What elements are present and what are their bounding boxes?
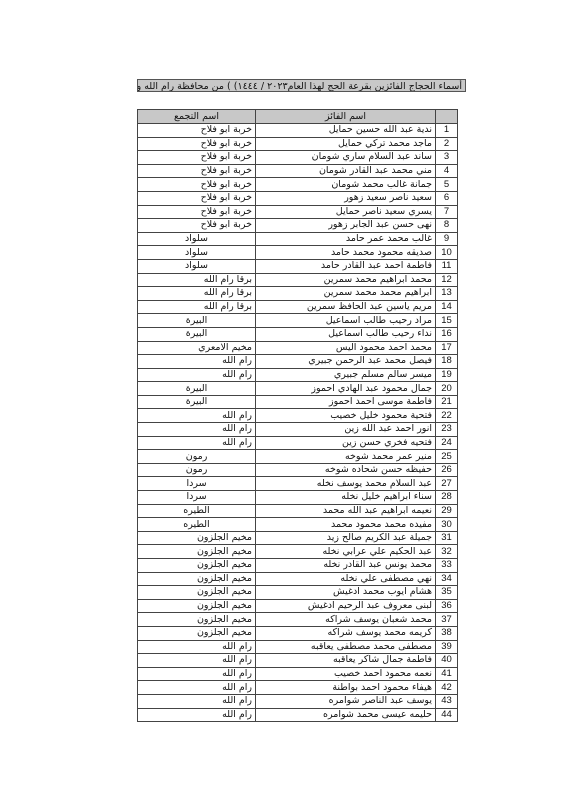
row-number: 38 xyxy=(436,626,458,640)
table-row: 12محمد ابراهيم محمد سمرينبرقا رام الله xyxy=(138,273,458,287)
place-name: خربة ابو فلاح xyxy=(138,178,256,192)
place-name: الطيره xyxy=(138,504,256,518)
table-row: 15مراد رحيب طالب اسماعيلالبيرة xyxy=(138,314,458,328)
row-number: 22 xyxy=(436,409,458,423)
row-number: 17 xyxy=(436,341,458,355)
table-row: 43يوسف عبد الناصر شوامرهرام الله xyxy=(138,694,458,708)
place-name: مخيم الجلزون xyxy=(138,545,256,559)
table-row: 29نعيمه ابراهيم عبد الله محمدالطيره xyxy=(138,504,458,518)
table-row: 2ماجد محمد تركي حمايلخربة ابو فلاح xyxy=(138,137,458,151)
row-number: 34 xyxy=(436,572,458,586)
winner-name: فاطمة جمال شاكر يعاقبه xyxy=(256,654,436,668)
row-number: 41 xyxy=(436,667,458,681)
table-row: 44حليمه عيسى محمد شوامرهرام الله xyxy=(138,708,458,722)
row-number: 37 xyxy=(436,613,458,627)
winner-name: ماجد محمد تركي حمايل xyxy=(256,137,436,151)
winner-name: جميلة عبد الكريم صالح زيد xyxy=(256,531,436,545)
winner-name: فاطمة احمد عبد القادر حامد xyxy=(256,259,436,273)
table-body: 1ندية عبد الله حسين حمايلخربة ابو فلاح2م… xyxy=(138,124,458,722)
winner-name: مراد رحيب طالب اسماعيل xyxy=(256,314,436,328)
table-row: 32عبد الحكيم علي عرابي نخلهمخيم الجلزون xyxy=(138,545,458,559)
place-name: البيرة xyxy=(138,327,256,341)
winner-name: يوسف عبد الناصر شوامره xyxy=(256,694,436,708)
row-number: 29 xyxy=(436,504,458,518)
place-name: خربة ابو فلاح xyxy=(138,191,256,205)
winner-name: هشام ايوب محمد ادغيش xyxy=(256,586,436,600)
winner-name: هيفاء محمود احمد بواطنة xyxy=(256,681,436,695)
row-number: 35 xyxy=(436,586,458,600)
row-number: 31 xyxy=(436,531,458,545)
place-name: مخيم الجلزون xyxy=(138,626,256,640)
document-title: أسماء الحجاج الفائزين بقرعة الحج لهذا ال… xyxy=(137,79,466,92)
table-row: 17محمد احمد محمود اليسمخيم الامعري xyxy=(138,341,458,355)
table-row: 22فتحية محمود خليل خصيبرام الله xyxy=(138,409,458,423)
winner-name: مفيده محمد محمود محمد xyxy=(256,518,436,532)
place-name: رام الله xyxy=(138,368,256,382)
table-header-row: اسم الفائز اسم التجمع xyxy=(138,110,458,124)
table-row: 21فاطمة موسى احمد احموزالبيرة xyxy=(138,395,458,409)
place-name: مخيم الامعري xyxy=(138,341,256,355)
table-row: 39مصطفى محمد مصطفى يعاقبهرام الله xyxy=(138,640,458,654)
winner-name: فيصل محمد عبد الرحمن جبيري xyxy=(256,355,436,369)
winner-name: فتحيه فخري حسن زين xyxy=(256,436,436,450)
winner-name: محمد شعبان يوسف شراكه xyxy=(256,613,436,627)
place-name: سلواد xyxy=(138,259,256,273)
place-name: مخيم الجلزون xyxy=(138,586,256,600)
winner-name: جمانة غالب محمد شومان xyxy=(256,178,436,192)
winners-table: اسم الفائز اسم التجمع 1ندية عبد الله حسي… xyxy=(137,109,458,722)
place-name: رام الله xyxy=(138,436,256,450)
winner-name: فاطمة موسى احمد احموز xyxy=(256,395,436,409)
row-number: 15 xyxy=(436,314,458,328)
table-row: 27عبد السلام محمد يوسف نخلهسردا xyxy=(138,477,458,491)
table-row: 42هيفاء محمود احمد بواطنةرام الله xyxy=(138,681,458,695)
table-row: 13ابراهيم محمد محمد سمرينبرقا رام الله xyxy=(138,287,458,301)
table-row: 31جميلة عبد الكريم صالح زيدمخيم الجلزون xyxy=(138,531,458,545)
winner-name: كريمه محمد يوسف شراكه xyxy=(256,626,436,640)
row-number: 13 xyxy=(436,287,458,301)
winner-name: عبد السلام محمد يوسف نخله xyxy=(256,477,436,491)
row-number: 24 xyxy=(436,436,458,450)
place-name: برقا رام الله xyxy=(138,287,256,301)
header-place-name: اسم التجمع xyxy=(138,110,256,124)
place-name: مخيم الجلزون xyxy=(138,572,256,586)
place-name: رام الله xyxy=(138,708,256,722)
row-number: 7 xyxy=(436,205,458,219)
winner-name: جمال محمود عبد الهادي احموز xyxy=(256,382,436,396)
winner-name: حفيظه حسن شحاده شوخه xyxy=(256,463,436,477)
winner-name: محمد يونس عبد القادر نخله xyxy=(256,559,436,573)
row-number: 19 xyxy=(436,368,458,382)
row-number: 12 xyxy=(436,273,458,287)
row-number: 32 xyxy=(436,545,458,559)
winner-name: صديقه محمود محمد حامد xyxy=(256,246,436,260)
row-number: 10 xyxy=(436,246,458,260)
table-row: 1ندية عبد الله حسين حمايلخربة ابو فلاح xyxy=(138,124,458,138)
table-row: 25منير عمر محمد شوخهرمون xyxy=(138,450,458,464)
table-row: 11فاطمة احمد عبد القادر حامدسلواد xyxy=(138,259,458,273)
place-name: رام الله xyxy=(138,654,256,668)
winner-name: سعيد ناصر سعيد زهور xyxy=(256,191,436,205)
row-number: 44 xyxy=(436,708,458,722)
row-number: 20 xyxy=(436,382,458,396)
row-number: 16 xyxy=(436,327,458,341)
winner-name: نعيمه ابراهيم عبد الله محمد xyxy=(256,504,436,518)
winner-name: سناء ابراهيم خليل نخله xyxy=(256,491,436,505)
place-name: خربة ابو فلاح xyxy=(138,164,256,178)
place-name: رمون xyxy=(138,450,256,464)
header-winner-name: اسم الفائز xyxy=(256,110,436,124)
row-number: 42 xyxy=(436,681,458,695)
winner-name: محمد احمد محمود اليس xyxy=(256,341,436,355)
table-row: 28سناء ابراهيم خليل نخلهسردا xyxy=(138,491,458,505)
place-name: خربة ابو فلاح xyxy=(138,137,256,151)
table-row: 34نهي مصطفى علي نخلهمخيم الجلزون xyxy=(138,572,458,586)
row-number: 36 xyxy=(436,599,458,613)
table-row: 5جمانة غالب محمد شومانخربة ابو فلاح xyxy=(138,178,458,192)
row-number: 3 xyxy=(436,151,458,165)
winner-name: ندية عبد الله حسين حمايل xyxy=(256,124,436,138)
table-row: 10صديقه محمود محمد حامدسلواد xyxy=(138,246,458,260)
row-number: 43 xyxy=(436,694,458,708)
place-name: خربة ابو فلاح xyxy=(138,205,256,219)
table-row: 9غالب محمد عمر حامدسلواد xyxy=(138,232,458,246)
place-name: البيرة xyxy=(138,395,256,409)
table-row: 4مني محمد عبد القادر شومانخربة ابو فلاح xyxy=(138,164,458,178)
row-number: 28 xyxy=(436,491,458,505)
row-number: 18 xyxy=(436,355,458,369)
place-name: سلواد xyxy=(138,232,256,246)
winner-name: منير عمر محمد شوخه xyxy=(256,450,436,464)
place-name: رام الله xyxy=(138,667,256,681)
table-row: 24فتحيه فخري حسن زينرام الله xyxy=(138,436,458,450)
row-number: 1 xyxy=(436,124,458,138)
place-name: برقا رام الله xyxy=(138,273,256,287)
table-row: 41نعمه محمود احمد خصيبرام الله xyxy=(138,667,458,681)
table-row: 6سعيد ناصر سعيد زهورخربة ابو فلاح xyxy=(138,191,458,205)
table-row: 35هشام ايوب محمد ادغيشمخيم الجلزون xyxy=(138,586,458,600)
table-row: 19ميسر سالم مسلم جبيريرام الله xyxy=(138,368,458,382)
row-number: 23 xyxy=(436,423,458,437)
table-row: 26حفيظه حسن شحاده شوخهرمون xyxy=(138,463,458,477)
table-row: 38كريمه محمد يوسف شراكهمخيم الجلزون xyxy=(138,626,458,640)
row-number: 2 xyxy=(436,137,458,151)
winner-name: مريم ياسين عبد الحافظ سمرين xyxy=(256,300,436,314)
place-name: رام الله xyxy=(138,423,256,437)
winner-name: فتحية محمود خليل خصيب xyxy=(256,409,436,423)
table-row: 30مفيده محمد محمود محمدالطيره xyxy=(138,518,458,532)
place-name: رام الله xyxy=(138,355,256,369)
row-number: 21 xyxy=(436,395,458,409)
winner-name: يسري سعيد ناصر حمايل xyxy=(256,205,436,219)
winner-name: ساند عبد السلام ساري شومان xyxy=(256,151,436,165)
table-row: 40فاطمة جمال شاكر يعاقبهرام الله xyxy=(138,654,458,668)
place-name: رام الله xyxy=(138,409,256,423)
row-number: 26 xyxy=(436,463,458,477)
winner-name: ميسر سالم مسلم جبيري xyxy=(256,368,436,382)
row-number: 39 xyxy=(436,640,458,654)
place-name: خربة ابو فلاح xyxy=(138,219,256,233)
table-row: 8نهى حسن عبد الجابر زهورخربة ابو فلاح xyxy=(138,219,458,233)
row-number: 5 xyxy=(436,178,458,192)
table-row: 14مريم ياسين عبد الحافظ سمرينبرقا رام ال… xyxy=(138,300,458,314)
place-name: مخيم الجلزون xyxy=(138,559,256,573)
table-row: 33محمد يونس عبد القادر نخلهمخيم الجلزون xyxy=(138,559,458,573)
place-name: خربة ابو فلاح xyxy=(138,151,256,165)
winner-name: مصطفى محمد مصطفى يعاقبه xyxy=(256,640,436,654)
place-name: البيرة xyxy=(138,314,256,328)
place-name: رام الله xyxy=(138,640,256,654)
table-row: 23انور احمد عبد الله زينرام الله xyxy=(138,423,458,437)
table-row: 3ساند عبد السلام ساري شومانخربة ابو فلاح xyxy=(138,151,458,165)
winner-name: مني محمد عبد القادر شومان xyxy=(256,164,436,178)
place-name: سردا xyxy=(138,491,256,505)
table-row: 16نداء رحيب طالب اسماعيلالبيرة xyxy=(138,327,458,341)
table-row: 36لبنى معروف عبد الرحيم ادغيشمخيم الجلزو… xyxy=(138,599,458,613)
row-number: 11 xyxy=(436,259,458,273)
row-number: 30 xyxy=(436,518,458,532)
row-number: 4 xyxy=(436,164,458,178)
table-row: 20جمال محمود عبد الهادي احموزالبيرة xyxy=(138,382,458,396)
row-number: 25 xyxy=(436,450,458,464)
row-number: 14 xyxy=(436,300,458,314)
place-name: رمون xyxy=(138,463,256,477)
winner-name: نهى حسن عبد الجابر زهور xyxy=(256,219,436,233)
winner-name: ابراهيم محمد محمد سمرين xyxy=(256,287,436,301)
winner-name: حليمه عيسى محمد شوامره xyxy=(256,708,436,722)
place-name: مخيم الجلزون xyxy=(138,613,256,627)
winner-name: غالب محمد عمر حامد xyxy=(256,232,436,246)
table-row: 7يسري سعيد ناصر حمايلخربة ابو فلاح xyxy=(138,205,458,219)
winner-name: محمد ابراهيم محمد سمرين xyxy=(256,273,436,287)
table-row: 18فيصل محمد عبد الرحمن جبيريرام الله xyxy=(138,355,458,369)
place-name: خربة ابو فلاح xyxy=(138,124,256,138)
row-number: 33 xyxy=(436,559,458,573)
winner-name: نداء رحيب طالب اسماعيل xyxy=(256,327,436,341)
place-name: مخيم الجلزون xyxy=(138,531,256,545)
winner-name: انور احمد عبد الله زين xyxy=(256,423,436,437)
place-name: الطيره xyxy=(138,518,256,532)
place-name: مخيم الجلزون xyxy=(138,599,256,613)
place-name: سلواد xyxy=(138,246,256,260)
winner-name: نهي مصطفى علي نخله xyxy=(256,572,436,586)
header-number xyxy=(436,110,458,124)
place-name: برقا رام الله xyxy=(138,300,256,314)
place-name: رام الله xyxy=(138,694,256,708)
row-number: 9 xyxy=(436,232,458,246)
row-number: 27 xyxy=(436,477,458,491)
place-name: البيرة xyxy=(138,382,256,396)
place-name: رام الله xyxy=(138,681,256,695)
row-number: 40 xyxy=(436,654,458,668)
row-number: 8 xyxy=(436,219,458,233)
row-number: 6 xyxy=(436,191,458,205)
winner-name: لبنى معروف عبد الرحيم ادغيش xyxy=(256,599,436,613)
winner-name: عبد الحكيم علي عرابي نخله xyxy=(256,545,436,559)
table-row: 37محمد شعبان يوسف شراكهمخيم الجلزون xyxy=(138,613,458,627)
place-name: سردا xyxy=(138,477,256,491)
winner-name: نعمه محمود احمد خصيب xyxy=(256,667,436,681)
